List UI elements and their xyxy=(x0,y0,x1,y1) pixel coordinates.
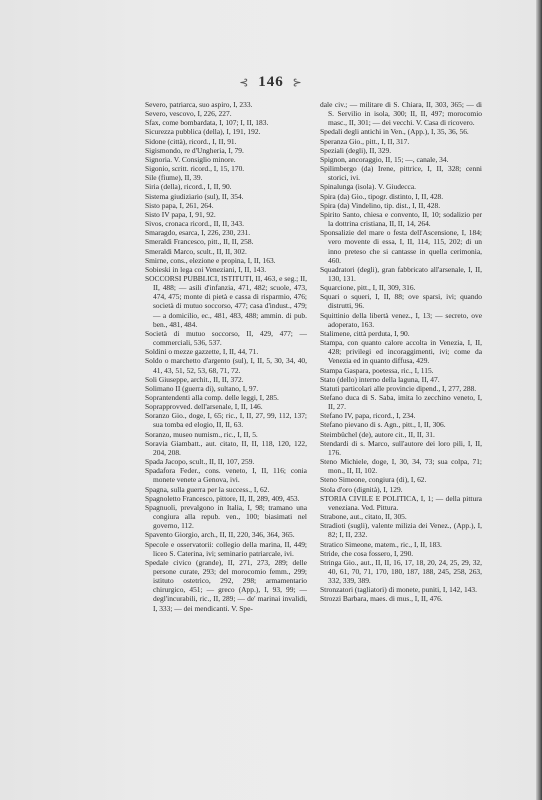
index-entry: Sigonio, scritt. ricord., I, 15, 170. xyxy=(145,164,307,173)
index-entry: Solimano II (guerra di), sultano, I, 97. xyxy=(145,384,307,393)
index-entry: Speranza Gio., pitt., I, II, 317. xyxy=(320,137,482,146)
index-entry: Sicurezza pubblica (della), I, 191, 192. xyxy=(145,127,307,136)
page-number: 146 xyxy=(258,74,284,90)
index-entry: Steno Simeone, congiura (di), I, 62. xyxy=(320,475,482,484)
book-page: ⊰ 146 ⊱ Severo, patriarca, suo aspiro, I… xyxy=(0,0,536,800)
index-entry: Spilimbergo (da) Irene, pittrice, I, II,… xyxy=(320,164,482,182)
index-entry: Stalimene, città perduta, I, 90. xyxy=(320,329,482,338)
index-entry: Signoria. V. Consiglio minore. xyxy=(145,155,307,164)
index-entry: Stefano IV, papa, ricord., I, 234. xyxy=(320,411,482,420)
index-entry: Stefano duca di S. Saba, imita lo zecchi… xyxy=(320,393,482,411)
page-number-header: ⊰ 146 ⊱ xyxy=(0,74,542,91)
index-entry: Smaragdo, esarca, I, 226, 230, 231. xyxy=(145,228,307,237)
index-entry: Speziali (degli), II, 329. xyxy=(320,146,482,155)
index-entry: Soli Giuseppe, archit., II, II, 372. xyxy=(145,375,307,384)
index-entry: Soprapprovved. dell'arsenale, I, II, 146… xyxy=(145,402,307,411)
index-entry: Stronzatori (tagliatori) di monete, puni… xyxy=(320,585,482,594)
index-entry: Stola d'oro (dignità), I, 129. xyxy=(320,485,482,494)
index-entry: Spagna, sulla guerra per la success., I,… xyxy=(145,485,307,494)
index-entry: Squarcione, pitt., I, II, 309, 316. xyxy=(320,283,482,292)
index-entry: Spadafora Feder., cons. veneto, I, II, 1… xyxy=(145,466,307,484)
index-entry: Steimbüchel (de), autore cit., II, II, 3… xyxy=(320,430,482,439)
index-entry: Squari o squeri, I, II, 88; ove sparsi, … xyxy=(320,292,482,310)
index-entry: Spedale civico (grande), II, 271, 273, 2… xyxy=(145,558,307,613)
index-entry: Smeraldi Marco, scult., II, II, 302. xyxy=(145,247,307,256)
index-entry: Stampa Gaspara, poetessa, ric., I, 115. xyxy=(320,366,482,375)
index-entry: Smeraldi Francesco, pitt., II, II, 258. xyxy=(145,237,307,246)
index-entry: Strozzi Barbara, maes. di mus., I, II, 4… xyxy=(320,594,482,603)
index-entry: Spignon, ancoraggio, II, 15; —, canale, … xyxy=(320,155,482,164)
index-entry: Spagnuoli, prevalgono in Italia, I, 98; … xyxy=(145,503,307,530)
index-entry: Stratico Simeone, matem., ric., I, II, 1… xyxy=(320,540,482,549)
index-entry: Stride, che cosa fossero, I, 290. xyxy=(320,549,482,558)
index-entry: Soldo o marchetto d'argento (sul), I, II… xyxy=(145,356,307,374)
index-entry: Stradioti (sugli), valente milizia dei V… xyxy=(320,521,482,539)
index-entry: Spavento Giorgio, arch., II, II, 220, 34… xyxy=(145,530,307,539)
index-entry: Stefano pievano di s. Agn., pitt., I, II… xyxy=(320,420,482,429)
index-entry: Sisto papa, I, 261, 264. xyxy=(145,201,307,210)
index-entry: Squadratori (degli), gran fabbricato all… xyxy=(320,265,482,283)
index-column-left: Severo, patriarca, suo aspiro, I, 233.Se… xyxy=(145,100,307,613)
index-entry: Sivos, cronaca ricord., II, II, 343. xyxy=(145,219,307,228)
index-entry: Spira (da) Vindelino, tip. dist., I, II,… xyxy=(320,201,482,210)
index-entry: Severo, patriarca, suo aspiro, I, 233. xyxy=(145,100,307,109)
index-entry: Sile (fiume), II, 39. xyxy=(145,173,307,182)
index-entry: Strabone, aut., citato, II, 305. xyxy=(320,512,482,521)
index-entry: Steno Michiele, doge, I, 30, 34, 73; sua… xyxy=(320,457,482,475)
index-entry: Stampa, con quanto calore accolta in Ven… xyxy=(320,338,482,365)
index-entry: Squittinio della libertà venez., I, 13; … xyxy=(320,311,482,329)
index-entry: Sobieski in lega coi Veneziani, I, II, 1… xyxy=(145,265,307,274)
index-entry: Società di mutuo soccorso, II, 429, 477;… xyxy=(145,329,307,347)
ornament-right-icon: ⊱ xyxy=(293,77,303,89)
index-entry: Spira (da) Gio., tipogr. distinto, I, II… xyxy=(320,192,482,201)
index-entry: Sisto IV papa, I, 91, 92. xyxy=(145,210,307,219)
index-entry: Sigismondo, re d'Ungheria, I, 79. xyxy=(145,146,307,155)
index-entry: Sponsalizie del mare o festa dell'Ascens… xyxy=(320,228,482,265)
page-edge-shadow xyxy=(536,0,542,800)
index-entry: Soranzo, museo numism., ric., I, II, 5. xyxy=(145,430,307,439)
index-entry: Stato (dello) interno della laguna, II, … xyxy=(320,375,482,384)
index-entry: Smirne, cons., elezione e propina, I, II… xyxy=(145,256,307,265)
index-entry: Soravia Giambatt., aut. citato, II, II, … xyxy=(145,439,307,457)
index-column-right: dale civ.; — militare di S. Chiara, II, … xyxy=(320,100,482,604)
index-entry: Sfax, come bombardata, I, 107; I, II, 18… xyxy=(145,118,307,127)
index-entry: Soprantendenti alla comp. delle leggi, I… xyxy=(145,393,307,402)
index-entry: Stendardi di s. Marco, sull'autore dei l… xyxy=(320,439,482,457)
ornament-left-icon: ⊰ xyxy=(239,77,249,89)
index-entry: Severo, vescovo, I, 226, 227. xyxy=(145,109,307,118)
index-entry: Spinalunga (isola). V. Giudecca. xyxy=(320,182,482,191)
index-entry: Spada Jacopo, scult., II, II, 107, 259. xyxy=(145,457,307,466)
index-entry: Siria (della), ricord., I, II, 90. xyxy=(145,182,307,191)
index-entry: Stringa Gio., aut., II, II, 16, 17, 18, … xyxy=(320,558,482,585)
index-entry: STORIA CIVILE E POLITICA, I, 1; — della … xyxy=(320,494,482,512)
index-entry: Spirito Santo, chiesa e convento, II, 10… xyxy=(320,210,482,228)
index-entry: Sistema giudiziario (sul), II, 354. xyxy=(145,192,307,201)
index-entry: Spagnoletto Francesco, pittore, II, II, … xyxy=(145,494,307,503)
index-entry: dale civ.; — militare di S. Chiara, II, … xyxy=(320,100,482,127)
index-entry: Specole e osservatorii: collegio della m… xyxy=(145,540,307,558)
index-entry: Soldini o mezze gazzette, I, II, 44, 71. xyxy=(145,347,307,356)
index-entry: Sidone (città), ricord., I, II, 91. xyxy=(145,137,307,146)
index-entry: Statuti particolari alle provincie dipen… xyxy=(320,384,482,393)
index-entry: SOCCORSI PUBBLICI, ISTITUTI, II, 463, e … xyxy=(145,274,307,329)
index-entry: Soranzo Gio., doge, I, 65; ric., I, II, … xyxy=(145,411,307,429)
index-entry: Spedali degli antichi in Ven., (App.), I… xyxy=(320,127,482,136)
